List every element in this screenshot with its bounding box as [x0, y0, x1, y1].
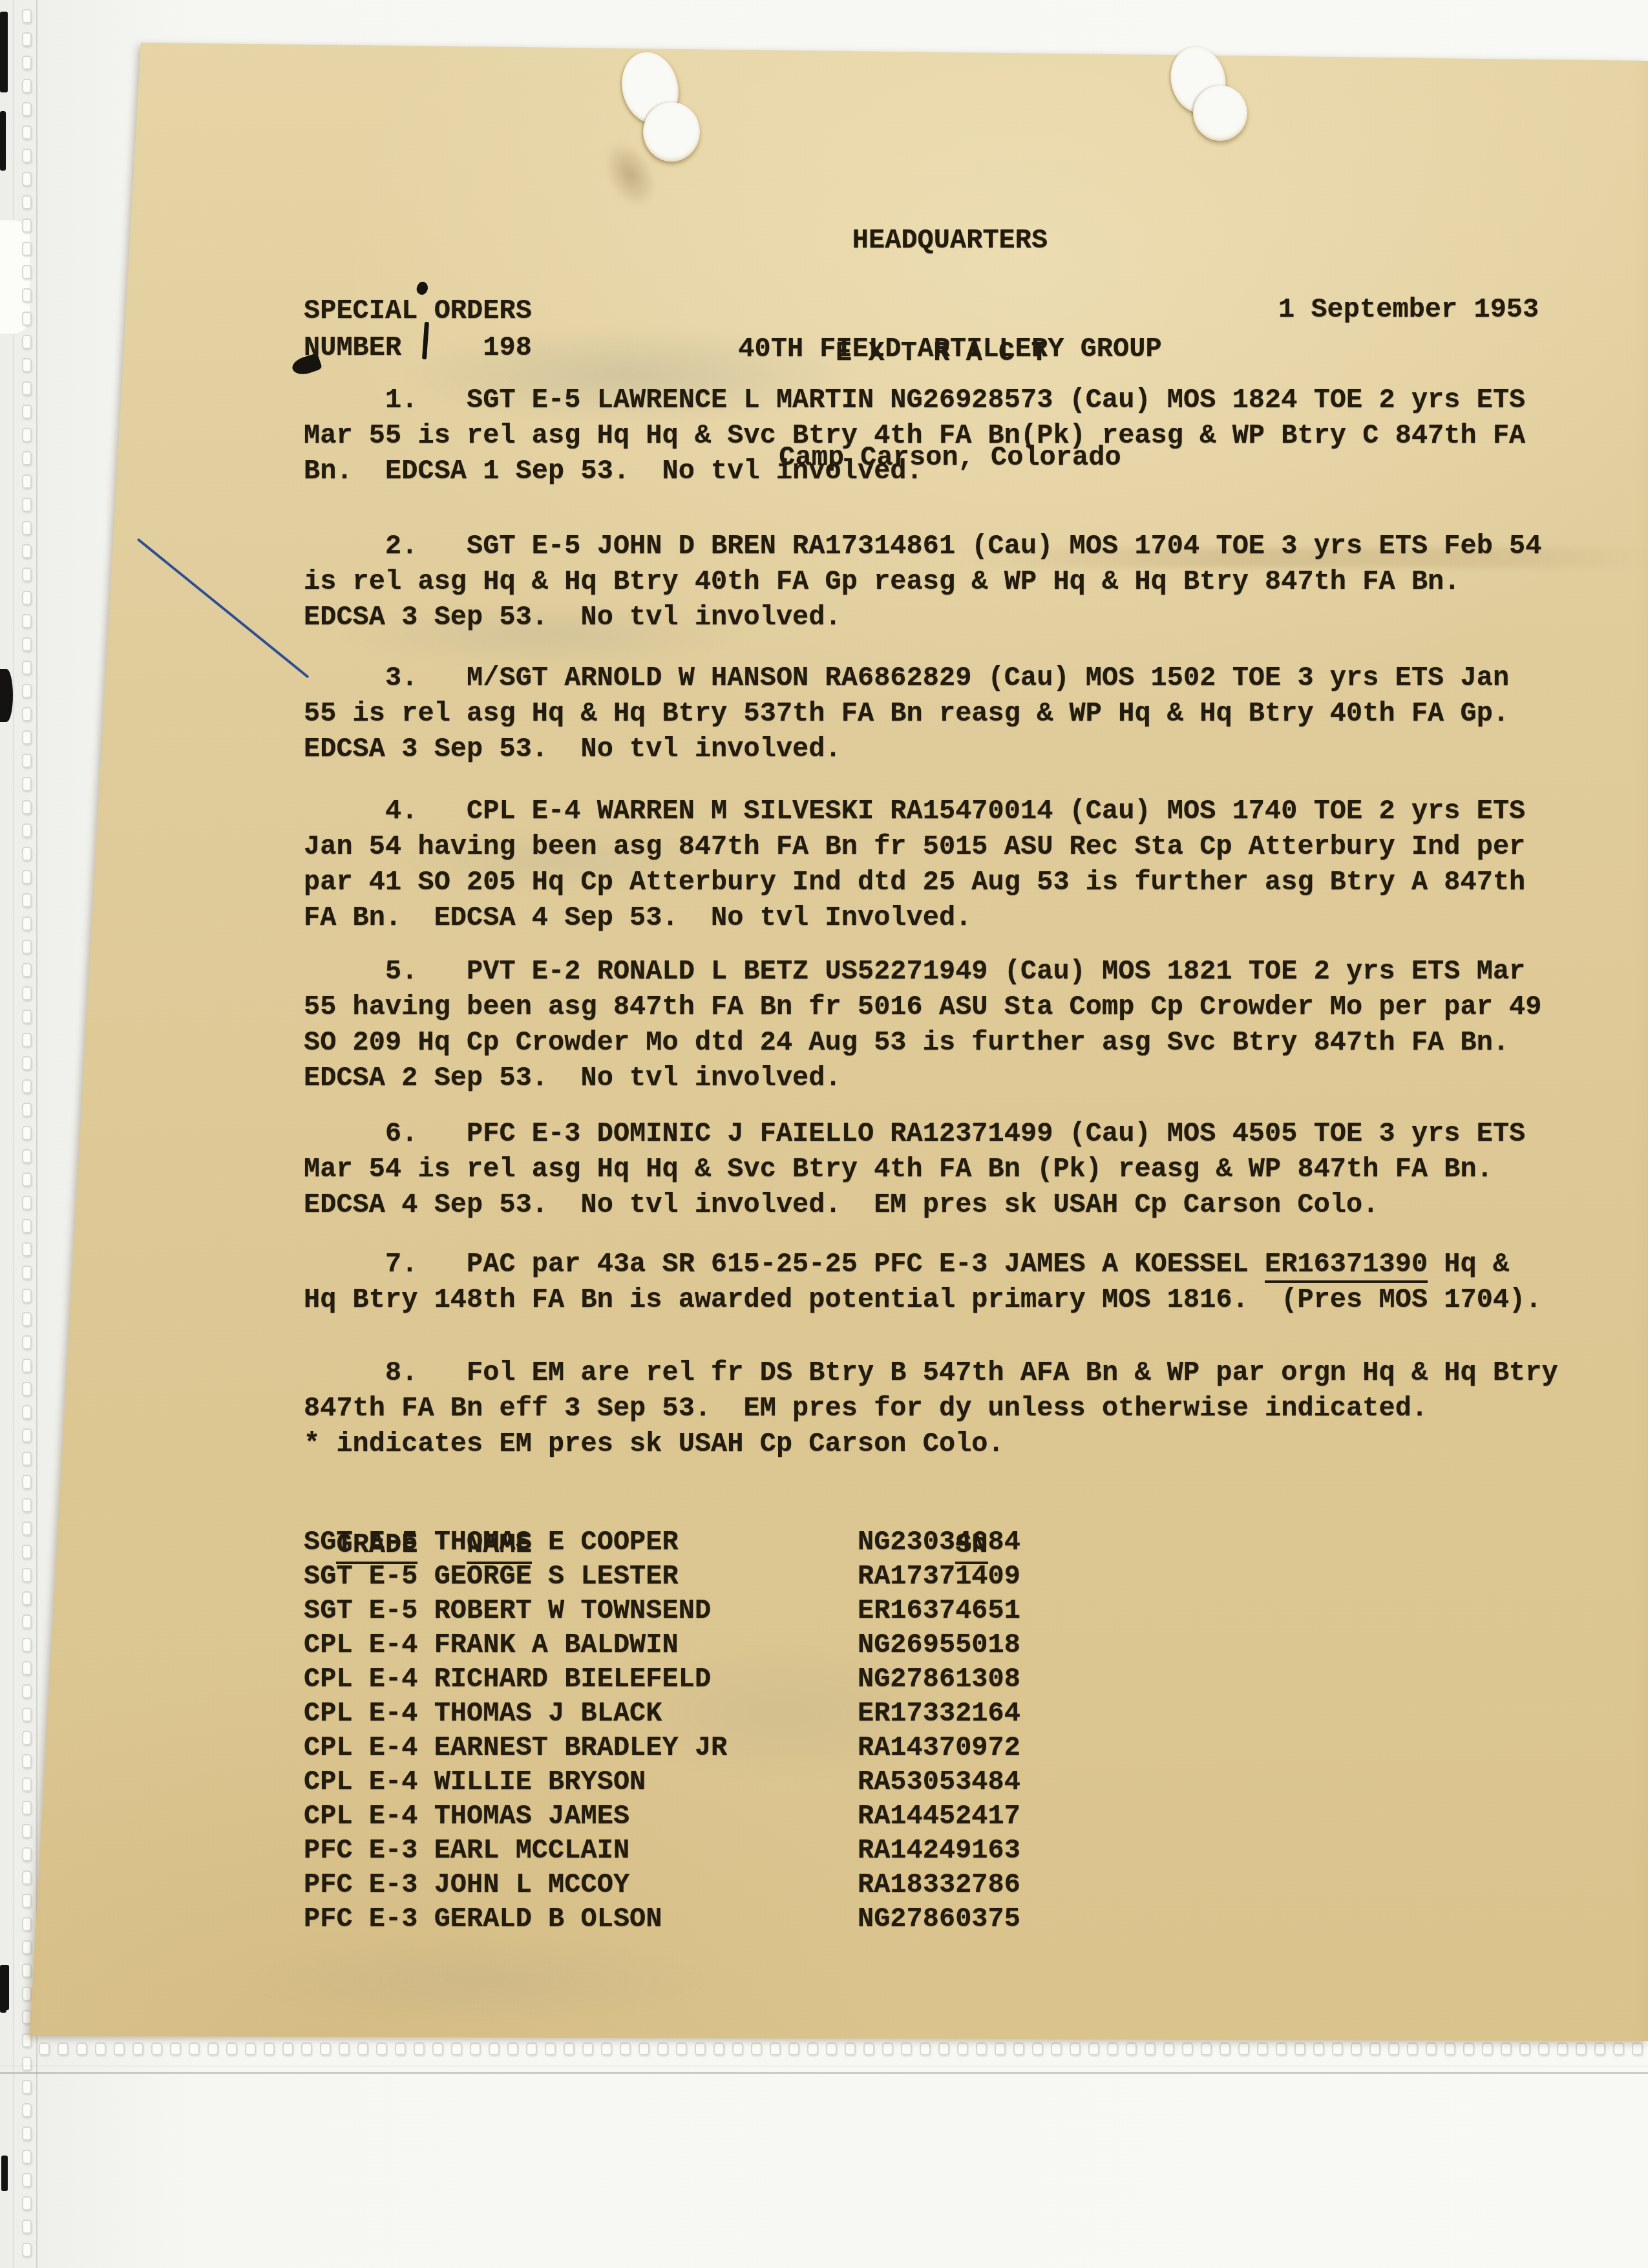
roster-row: PFC E-3 GERALD B OLSON NG27860375: [304, 1902, 1020, 1936]
order-paragraph: 6. PFC E-3 DOMINIC J FAIELLO RA12371499 …: [304, 1116, 1525, 1223]
order-paragraph: 5. PVT E-2 RONALD L BETZ US52271949 (Cau…: [304, 954, 1542, 1096]
roster-rows: SGT E-5 THOMAS E COOPER NG23034684SGT E-…: [304, 1525, 1020, 1936]
order-paragraph: 1. SGT E-5 LAWRENCE L MARTIN NG26928573 …: [304, 383, 1525, 489]
roster-row: CPL E-4 RICHARD BIELEFELD NG27861308: [304, 1662, 1020, 1697]
order-paragraph: 7. PAC par 43a SR 615-25-25 PFC E-3 JAME…: [304, 1247, 1542, 1318]
order-paragraph: 2. SGT E-5 JOHN D BREN RA17314861 (Cau) …: [304, 529, 1542, 635]
roster-row: SGT E-5 ROBERT W TOWNSEND ER16374651: [304, 1594, 1020, 1628]
ghost-smudge: [246, 1939, 711, 2023]
order-date: 1 September 1953: [1278, 292, 1539, 328]
roster-row: PFC E-3 JOHN L MCCOY RA18332786: [304, 1868, 1020, 1902]
roster-row: CPL E-4 THOMAS J BLACK ER17332164: [304, 1697, 1020, 1731]
roster-row: CPL E-4 EARNEST BRADLEY JR RA14370972: [304, 1731, 1020, 1765]
order-paragraph: 8. Fol EM are rel fr DS Btry B 547th AFA…: [304, 1355, 1558, 1462]
scanned-document-page: { "document": { "header": { "line1": "HE…: [0, 0, 1648, 2268]
roster-row: CPL E-4 WILLIE BRYSON RA53053484: [304, 1765, 1020, 1799]
roster-row: CPL E-4 THOMAS JAMES RA14452417: [304, 1799, 1020, 1834]
roster-row: PFC E-3 EARL MCCLAIN RA14249163: [304, 1834, 1020, 1868]
letterhead-line-1: HEADQUARTERS: [304, 222, 1596, 259]
roster-row: SGT E-5 GEORGE S LESTER RA17371409: [304, 1560, 1020, 1594]
special-orders-label: SPECIAL ORDERS: [304, 293, 532, 329]
roster-row: CPL E-4 FRANK A BALDWIN NG26955018: [304, 1628, 1020, 1662]
order-paragraph: 4. CPL E-4 WARREN M SILVESKI RA15470014 …: [304, 794, 1525, 936]
order-paragraph: 3. M/SGT ARNOLD W HANSON RA6862829 (Cau)…: [304, 661, 1509, 767]
roster-row: SGT E-5 THOMAS E COOPER NG23034684: [304, 1525, 1020, 1560]
extract-heading: E X T R A C T: [836, 335, 1048, 371]
order-number-line: NUMBER 198: [304, 330, 532, 366]
